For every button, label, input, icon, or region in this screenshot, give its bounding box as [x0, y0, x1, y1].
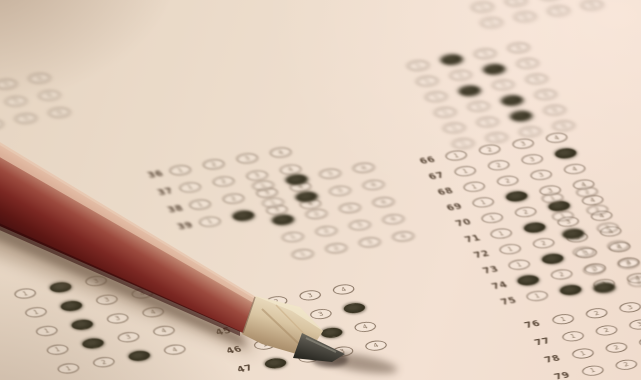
answer-bubble-empty: 2 [531, 237, 557, 250]
answer-bubble-empty: 1 [580, 364, 606, 377]
answer-bubble-empty: 3 [347, 219, 373, 232]
answer-bubble-empty: 1 [45, 343, 71, 356]
question-number: 77 [533, 335, 562, 349]
answer-bubble-empty: 4 [140, 306, 166, 319]
answer-bubble-empty: 3 [308, 308, 334, 321]
answer-bubble-empty: 2 [584, 307, 610, 320]
answer-bubble-empty: 2 [486, 159, 512, 172]
answer-bubble-empty: 2 [323, 242, 349, 255]
answer-bubble-empty: 3 [234, 152, 260, 165]
answer-bubble-empty: 2 [475, 116, 501, 129]
answer-bubble-empty: 3 [330, 345, 356, 358]
question-number: 76 [523, 318, 552, 332]
answer-bubble-empty: 4 [36, 89, 62, 102]
answer-bubble-empty: 2 [296, 351, 322, 364]
answer-bubble-filled [270, 213, 296, 226]
answer-bubble-empty: 4 [151, 324, 177, 337]
answer-bubble-empty: 2 [0, 118, 5, 131]
question-number: 78 [543, 352, 572, 366]
answer-bubble-empty: 3 [105, 312, 131, 325]
answer-bubble-empty: 3 [13, 112, 39, 125]
question-number: 68 [436, 185, 465, 199]
answer-bubble-empty: 1 [550, 313, 576, 326]
answer-bubble-empty: 1 [570, 347, 596, 360]
answer-bubble-empty: 2 [91, 356, 117, 369]
answer-bubble-empty: 3 [519, 153, 545, 166]
question-number: 47 [235, 362, 264, 376]
answer-bubble-empty: 1 [252, 338, 278, 351]
answer-bubble-empty: 4 [351, 161, 377, 174]
answer-bubble-filled [80, 337, 106, 350]
answer-bubble-filled [522, 221, 548, 234]
question-number: 73 [481, 263, 510, 277]
question-number: 74 [490, 279, 519, 293]
answer-bubble-empty: 1 [34, 324, 60, 337]
answer-bubble-filled [263, 357, 289, 370]
answer-bubble-empty: 4 [542, 104, 568, 117]
answer-bubble-filled [540, 252, 566, 265]
answer-bubble-empty: 3 [510, 137, 536, 150]
answer-bubble-empty: 1 [560, 330, 586, 343]
answer-bubble-empty: 3 [337, 202, 363, 215]
answer-bubble-filled [69, 318, 95, 331]
answer-bubble-empty: 3 [83, 275, 109, 288]
answer-bubble-empty: 1 [23, 306, 49, 319]
answer-bubble-empty: 1 [414, 75, 440, 88]
answer-bubble-empty: 4 [27, 72, 53, 85]
answer-bubble-empty: 2 [221, 192, 247, 205]
answer-sheet-bubble-grid: 1234123423423423413412413412412412343612… [0, 0, 641, 380]
answer-bubble-empty: 2 [466, 100, 492, 113]
answer-bubble-filled [230, 209, 256, 222]
answer-bubble-empty: 2 [503, 0, 529, 8]
answer-bubble-filled [126, 349, 152, 362]
answer-bubble-empty: 1 [470, 196, 496, 209]
answer-bubble-empty: 2 [303, 207, 329, 220]
answer-bubble-empty: 4 [46, 106, 72, 119]
answer-bubble-empty: 4 [515, 57, 541, 70]
question-number: 72 [472, 247, 501, 261]
answer-bubble-empty: 1 [524, 289, 550, 302]
question-number: 75 [499, 294, 528, 308]
answer-bubble-empty: 1 [432, 106, 458, 119]
question-number: 66 [418, 154, 447, 168]
answer-bubble-empty: 4 [370, 196, 396, 209]
answer-bubble-empty: 2 [605, 239, 631, 252]
answer-bubble-empty: 2 [513, 206, 539, 219]
answer-bubble-empty: 1 [241, 319, 267, 332]
answer-bubble-empty: 1 [443, 149, 469, 162]
answer-bubble-empty: 4 [390, 230, 416, 243]
answer-bubble-empty: 3 [528, 168, 554, 181]
answer-bubble-empty: 4 [363, 339, 389, 352]
answer-bubble-filled [457, 84, 483, 97]
answer-bubble-filled [553, 147, 579, 160]
answer-bubble-empty: 4 [119, 268, 145, 281]
answer-bubble-empty: 2 [201, 158, 227, 171]
answer-bubble-empty: 4 [551, 119, 577, 132]
answer-bubble-empty: 2 [484, 131, 510, 144]
answer-bubble-empty: 4 [352, 320, 378, 333]
answer-bubble-empty: 4 [506, 41, 532, 54]
answer-bubble-empty: 2 [613, 358, 639, 371]
answer-bubble-filled [58, 299, 84, 312]
answer-bubble-empty: 4 [524, 72, 550, 85]
answer-bubble-empty: 1 [470, 1, 496, 14]
answer-bubble-empty: 3 [317, 167, 343, 180]
answer-bubble-empty: 3 [627, 318, 641, 331]
answer-bubble-empty: 2 [264, 295, 290, 308]
answer-bubble-empty: 3 [537, 0, 563, 2]
answer-bubble-empty: 3 [490, 78, 516, 91]
question-number: 71 [463, 232, 492, 246]
question-number: 70 [454, 216, 483, 230]
answer-bubble-empty: 3 [94, 293, 120, 306]
answer-bubble-empty: 2 [211, 175, 237, 188]
answer-bubble-filled [341, 302, 367, 315]
answer-bubble-empty: 3 [617, 301, 641, 314]
answer-bubble-empty: 1 [450, 137, 476, 150]
answer-bubble-empty: 1 [461, 180, 487, 193]
answer-bubble-empty: 1 [280, 231, 306, 244]
photo-scene: 1234123423423423413412413412412412343612… [0, 0, 641, 380]
answer-bubble-empty: 3 [472, 47, 498, 60]
answer-bubble-empty: 2 [448, 69, 474, 82]
answer-bubble-empty: 1 [452, 165, 478, 178]
answer-bubble-filled [515, 274, 541, 287]
answer-bubble-empty: 1 [497, 243, 523, 256]
answer-bubble-empty: 1 [506, 258, 532, 271]
answer-bubble-empty: 4 [331, 283, 357, 296]
answer-bubble-empty: 2 [285, 332, 311, 345]
question-number: 67 [427, 169, 456, 183]
answer-bubble-empty: 2 [594, 324, 620, 337]
answer-bubble-filled [481, 63, 507, 76]
answer-bubble-empty: 1 [488, 227, 514, 240]
question-number: 79 [553, 369, 582, 380]
question-number: 44 [203, 306, 232, 320]
answer-bubble-empty: 3 [115, 331, 141, 344]
answer-bubble-empty: 4 [268, 146, 294, 159]
answer-bubble-empty: 3 [546, 4, 572, 17]
answer-bubble-empty: 2 [495, 174, 521, 187]
answer-bubble-empty: 4 [533, 88, 559, 101]
answer-bubble-empty: 3 [517, 125, 543, 138]
answer-bubble-empty: 1 [479, 16, 505, 29]
answer-bubble-empty: 4 [579, 0, 605, 11]
answer-bubble-empty: 3 [0, 78, 19, 91]
question-number: 46 [225, 343, 254, 357]
answer-bubble-filled [558, 284, 584, 297]
answer-bubble-empty: 2 [512, 10, 538, 23]
answer-bubble-empty: 1 [55, 362, 81, 375]
question-number: 45 [214, 325, 243, 339]
answer-bubble-empty: 2 [313, 225, 339, 238]
answer-bubble-empty: 1 [405, 59, 431, 72]
answer-bubble-empty: 2 [549, 268, 575, 281]
answer-bubble-empty: 1 [441, 121, 467, 134]
answer-bubble-empty: 4 [380, 213, 406, 226]
answer-bubble-empty: 1 [290, 248, 316, 261]
answer-bubble-empty: 4 [562, 162, 588, 175]
answer-bubble-empty: 4 [162, 343, 188, 356]
answer-bubble-empty: 1 [423, 90, 449, 103]
answer-bubble-empty: 2 [603, 341, 629, 354]
answer-bubble-empty: 2 [274, 313, 300, 326]
answer-bubble-empty: 1 [230, 301, 256, 314]
answer-bubble-empty: 1 [479, 211, 505, 224]
answer-bubble-filled [439, 53, 465, 66]
answer-bubble-empty: 3 [637, 335, 641, 348]
answer-bubble-filled [504, 190, 530, 203]
answer-bubble-empty: 3 [327, 184, 353, 197]
answer-bubble-filled [319, 326, 345, 339]
answer-bubble-empty: 4 [544, 131, 570, 144]
answer-bubble-empty: 2 [477, 143, 503, 156]
answer-bubble-empty: 1 [12, 287, 38, 300]
answer-bubble-empty: 3 [357, 236, 383, 249]
answer-bubble-empty: 3 [297, 289, 323, 302]
answer-bubble-filled [499, 94, 525, 107]
answer-bubble-empty: 4 [361, 178, 387, 191]
answer-bubble-filled [48, 281, 74, 294]
answer-bubble-filled [508, 110, 534, 123]
answer-bubble-empty: 3 [3, 95, 29, 108]
answer-bubble-empty: 4 [129, 287, 155, 300]
question-number: 69 [445, 201, 474, 215]
